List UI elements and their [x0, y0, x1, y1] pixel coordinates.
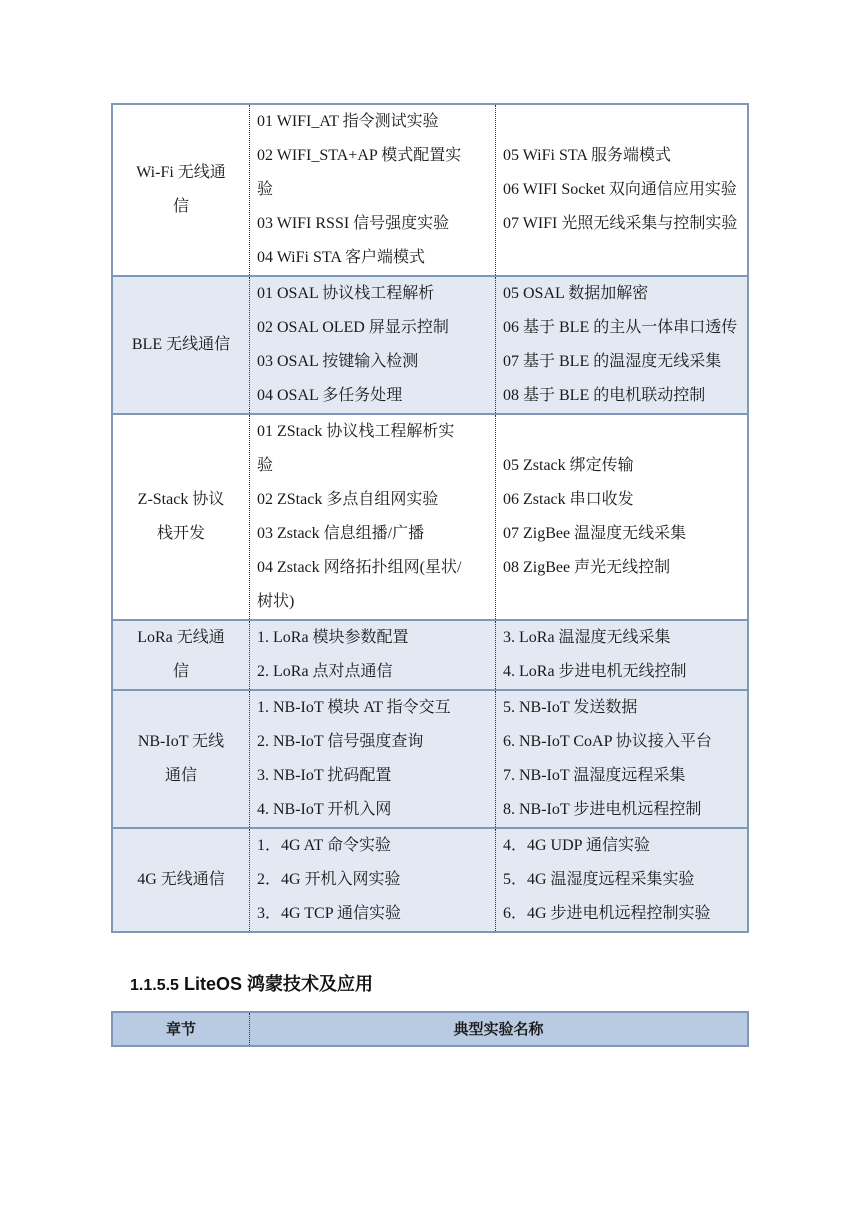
cell-line: Wi-Fi 无线通 — [119, 156, 243, 190]
cell-line: 03 WIFI RSSI 信号强度实验 — [257, 207, 488, 241]
cell-line: 03 OSAL 按键输入检测 — [257, 345, 488, 379]
section-heading: 1.1.5.5 LiteOS 鸿蒙技术及应用 — [130, 970, 373, 996]
chapter-cell: 4G 无线通信 — [112, 828, 250, 932]
cell-line: 验 — [257, 449, 488, 483]
experiments-right-cell: 05 WiFi STA 服务端模式06 WIFI Socket 双向通信应用实验… — [496, 104, 749, 276]
chapter-cell: BLE 无线通信 — [112, 276, 250, 414]
cell-line: 1．4G AT 命令实验 — [257, 829, 488, 863]
cell-line: 08 基于 BLE 的电机联动控制 — [503, 379, 740, 413]
cell-line: 6．4G 步进电机远程控制实验 — [503, 897, 740, 931]
cell-line: NB-IoT 无线 — [119, 725, 243, 759]
experiments-left-cell: 01 WIFI_AT 指令测试实验02 WIFI_STA+AP 模式配置实验03… — [250, 104, 496, 276]
liteos-table-header: 章节 典型实验名称 — [111, 1011, 749, 1047]
chapter-cell: NB-IoT 无线通信 — [112, 690, 250, 828]
cell-line: 05 OSAL 数据加解密 — [503, 277, 740, 311]
cell-line: 06 基于 BLE 的主从一体串口透传 — [503, 311, 740, 345]
cell-line: 07 ZigBee 温湿度无线采集 — [503, 517, 740, 551]
cell-line: 7. NB-IoT 温湿度远程采集 — [503, 759, 740, 793]
experiments-left-cell: 01 ZStack 协议栈工程解析实验02 ZStack 多点自组网实验03 Z… — [250, 414, 496, 620]
chapter-cell: Wi-Fi 无线通信 — [112, 104, 250, 276]
cell-line: 5．4G 温湿度远程采集实验 — [503, 863, 740, 897]
header-chapter: 章节 — [112, 1012, 250, 1046]
cell-line: 通信 — [119, 759, 243, 793]
cell-line: 验 — [257, 173, 488, 207]
cell-line: 02 ZStack 多点自组网实验 — [257, 483, 488, 517]
cell-line: 03 Zstack 信息组播/广播 — [257, 517, 488, 551]
cell-line: 3. LoRa 温湿度无线采集 — [503, 621, 740, 655]
cell-line: 4G 无线通信 — [119, 863, 243, 897]
cell-line: 2. NB-IoT 信号强度查询 — [257, 725, 488, 759]
cell-line: 08 ZigBee 声光无线控制 — [503, 551, 740, 585]
cell-line: 04 Zstack 网络拓扑组网(星状/ — [257, 551, 488, 585]
experiments-right-cell: 05 Zstack 绑定传输06 Zstack 串口收发07 ZigBee 温湿… — [496, 414, 749, 620]
section-title: LiteOS 鸿蒙技术及应用 — [184, 974, 373, 994]
cell-line: 3．4G TCP 通信实验 — [257, 897, 488, 931]
cell-line: 02 OSAL OLED 屏显示控制 — [257, 311, 488, 345]
cell-line: 信 — [119, 190, 243, 224]
chapter-cell: Z-Stack 协议栈开发 — [112, 414, 250, 620]
cell-line: 05 Zstack 绑定传输 — [503, 449, 740, 483]
cell-line: 05 WiFi STA 服务端模式 — [503, 139, 740, 173]
table-row: 4G 无线通信1．4G AT 命令实验2．4G 开机入网实验3．4G TCP 通… — [112, 828, 748, 932]
cell-line: 07 基于 BLE 的温湿度无线采集 — [503, 345, 740, 379]
cell-line: 树状) — [257, 585, 488, 619]
cell-line: Z-Stack 协议 — [119, 483, 243, 517]
cell-line: 04 WiFi STA 客户端模式 — [257, 241, 488, 275]
experiments-right-cell: 05 OSAL 数据加解密06 基于 BLE 的主从一体串口透传07 基于 BL… — [496, 276, 749, 414]
experiment-table: Wi-Fi 无线通信01 WIFI_AT 指令测试实验02 WIFI_STA+A… — [111, 103, 749, 933]
header-row: 章节 典型实验名称 — [112, 1012, 748, 1046]
cell-line: 1. LoRa 模块参数配置 — [257, 621, 488, 655]
header-experiments: 典型实验名称 — [250, 1012, 749, 1046]
table-row: LoRa 无线通信1. LoRa 模块参数配置2. LoRa 点对点通信3. L… — [112, 620, 748, 690]
cell-line: 06 WIFI Socket 双向通信应用实验 — [503, 173, 740, 207]
experiments-left-cell: 01 OSAL 协议栈工程解析02 OSAL OLED 屏显示控制03 OSAL… — [250, 276, 496, 414]
cell-line: 4. LoRa 步进电机无线控制 — [503, 655, 740, 689]
experiments-right-cell: 5. NB-IoT 发送数据6. NB-IoT CoAP 协议接入平台7. NB… — [496, 690, 749, 828]
cell-line: 2. LoRa 点对点通信 — [257, 655, 488, 689]
cell-line: 06 Zstack 串口收发 — [503, 483, 740, 517]
cell-line: 栈开发 — [119, 517, 243, 551]
experiments-left-cell: 1. NB-IoT 模块 AT 指令交互2. NB-IoT 信号强度查询3. N… — [250, 690, 496, 828]
cell-line: 01 OSAL 协议栈工程解析 — [257, 277, 488, 311]
cell-line: 4．4G UDP 通信实验 — [503, 829, 740, 863]
cell-line: 3. NB-IoT 扰码配置 — [257, 759, 488, 793]
cell-line: 1. NB-IoT 模块 AT 指令交互 — [257, 691, 488, 725]
chapter-cell: LoRa 无线通信 — [112, 620, 250, 690]
cell-line: 6. NB-IoT CoAP 协议接入平台 — [503, 725, 740, 759]
cell-line: 4. NB-IoT 开机入网 — [257, 793, 488, 827]
cell-line: 04 OSAL 多任务处理 — [257, 379, 488, 413]
cell-line: LoRa 无线通 — [119, 621, 243, 655]
table-row: Wi-Fi 无线通信01 WIFI_AT 指令测试实验02 WIFI_STA+A… — [112, 104, 748, 276]
experiments-left-cell: 1．4G AT 命令实验2．4G 开机入网实验3．4G TCP 通信实验 — [250, 828, 496, 932]
cell-line: BLE 无线通信 — [119, 328, 243, 362]
cell-line: 01 WIFI_AT 指令测试实验 — [257, 105, 488, 139]
table-row: BLE 无线通信01 OSAL 协议栈工程解析02 OSAL OLED 屏显示控… — [112, 276, 748, 414]
cell-line: 07 WIFI 光照无线采集与控制实验 — [503, 207, 740, 241]
experiments-right-cell: 3. LoRa 温湿度无线采集4. LoRa 步进电机无线控制 — [496, 620, 749, 690]
cell-line: 2．4G 开机入网实验 — [257, 863, 488, 897]
table-row: Z-Stack 协议栈开发01 ZStack 协议栈工程解析实验02 ZStac… — [112, 414, 748, 620]
cell-line: 5. NB-IoT 发送数据 — [503, 691, 740, 725]
cell-line: 02 WIFI_STA+AP 模式配置实 — [257, 139, 488, 173]
cell-line: 01 ZStack 协议栈工程解析实 — [257, 415, 488, 449]
cell-line: 信 — [119, 655, 243, 689]
experiments-left-cell: 1. LoRa 模块参数配置2. LoRa 点对点通信 — [250, 620, 496, 690]
table-row: NB-IoT 无线通信1. NB-IoT 模块 AT 指令交互2. NB-IoT… — [112, 690, 748, 828]
cell-line: 8. NB-IoT 步进电机远程控制 — [503, 793, 740, 827]
section-number: 1.1.5.5 — [130, 977, 179, 994]
experiments-right-cell: 4．4G UDP 通信实验5．4G 温湿度远程采集实验6．4G 步进电机远程控制… — [496, 828, 749, 932]
